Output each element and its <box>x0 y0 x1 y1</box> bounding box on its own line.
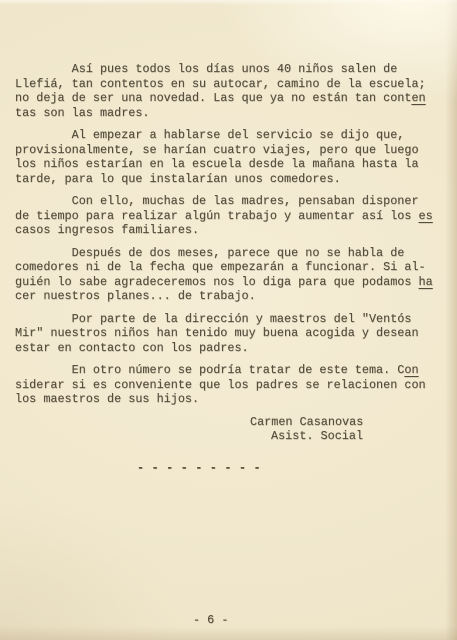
text-line: Así pues todos los días unos 40 niños sa… <box>15 62 443 77</box>
text-segment: Con ello, muchas de las madres, pensaban… <box>15 194 419 208</box>
signature-name: Carmen Casanovas <box>250 415 443 430</box>
page-number: - 6 - <box>193 613 443 628</box>
text-segment: En otro número se podría tratar de este … <box>15 363 404 377</box>
text-segment: los niños estarían en la escuela desde l… <box>15 157 419 171</box>
text-segment: Así pues todos los días unos 40 niños sa… <box>15 62 397 76</box>
text-segment: estar en contacto con los padres. <box>15 341 249 355</box>
text-line: Mir" nuestros niños han tenido muy buena… <box>15 326 443 341</box>
paragraph: Con ello, muchas de las madres, pensaban… <box>15 194 443 238</box>
text-line: Después de dos meses, parece que no se h… <box>15 246 443 261</box>
text-segment: Mir" nuestros niños han tenido muy buena… <box>15 326 419 340</box>
text-line: En otro número se podría tratar de este … <box>15 363 443 378</box>
underlined-text: en <box>411 91 425 105</box>
text-segment: Por parte de la dirección y maestros del… <box>15 312 411 326</box>
underlined-text: on <box>404 363 418 377</box>
text-line: los niños estarían en la escuela desde l… <box>15 157 443 172</box>
text-segment: Al empezar a hablarse del servicio se di… <box>15 128 404 142</box>
paragraph: Después de dos meses, parece que no se h… <box>15 246 443 304</box>
text-line: comedores ni de la fecha que empezarán a… <box>15 260 443 275</box>
text-segment: tas son las madres. <box>15 106 150 120</box>
text-line: Al empezar a hablarse del servicio se di… <box>15 128 443 143</box>
document-body: Así pues todos los días unos 40 niños sa… <box>15 62 443 407</box>
text-line: tas son las madres. <box>15 106 443 121</box>
underlined-text: es <box>419 209 433 223</box>
paragraph: Así pues todos los días unos 40 niños sa… <box>15 62 443 120</box>
text-segment: los maestros de sus hijos. <box>15 392 199 406</box>
text-segment: tarde, para lo que instalarían unos come… <box>15 172 341 186</box>
text-line: cer nuestros planes... de trabajo. <box>15 289 443 304</box>
text-segment: siderar si es conveniente que los padres… <box>15 378 426 392</box>
text-line: no deja de ser una novedad. Las que ya n… <box>15 91 443 106</box>
paragraph: Al empezar a hablarse del servicio se di… <box>15 128 443 186</box>
document-page: Así pues todos los días unos 40 niños sa… <box>0 0 457 640</box>
text-segment: Después de dos meses, parece que no se h… <box>15 246 404 260</box>
dashed-separator: - - - - - - - - - <box>137 461 443 476</box>
text-segment: de tiempo para realizar algún trabajo y … <box>15 209 419 223</box>
text-line: de tiempo para realizar algún trabajo y … <box>15 209 443 224</box>
text-line: Por parte de la dirección y maestros del… <box>15 312 443 327</box>
text-segment: no deja de ser una novedad. Las que ya n… <box>15 91 411 105</box>
text-segment: cer nuestros planes... de trabajo. <box>15 289 256 303</box>
text-line: los maestros de sus hijos. <box>15 392 443 407</box>
underlined-text: ha <box>419 275 433 289</box>
text-line: Con ello, muchas de las madres, pensaban… <box>15 194 443 209</box>
text-line: provisionalmente, se harían cuatro viaje… <box>15 143 443 158</box>
text-segment: guién lo sabe agradeceremos nos lo diga … <box>15 275 419 289</box>
paragraph: En otro número se podría tratar de este … <box>15 363 443 407</box>
text-line: siderar si es conveniente que los padres… <box>15 378 443 393</box>
text-segment: casos ingresos familiares. <box>15 223 199 237</box>
signature-block: Carmen Casanovas Asist. Social <box>250 415 443 444</box>
text-line: estar en contacto con los padres. <box>15 341 443 356</box>
text-segment: comedores ni de la fecha que empezarán a… <box>15 260 426 274</box>
text-line: guién lo sabe agradeceremos nos lo diga … <box>15 275 443 290</box>
signature-title: Asist. Social <box>271 429 443 444</box>
text-segment: provisionalmente, se harían cuatro viaje… <box>15 143 419 157</box>
text-line: Llefiá, tan contentos en su autocar, cam… <box>15 77 443 92</box>
paragraph: Por parte de la dirección y maestros del… <box>15 312 443 356</box>
text-line: tarde, para lo que instalarían unos come… <box>15 172 443 187</box>
text-segment: Llefiá, tan contentos en su autocar, cam… <box>15 77 426 91</box>
text-line: casos ingresos familiares. <box>15 223 443 238</box>
